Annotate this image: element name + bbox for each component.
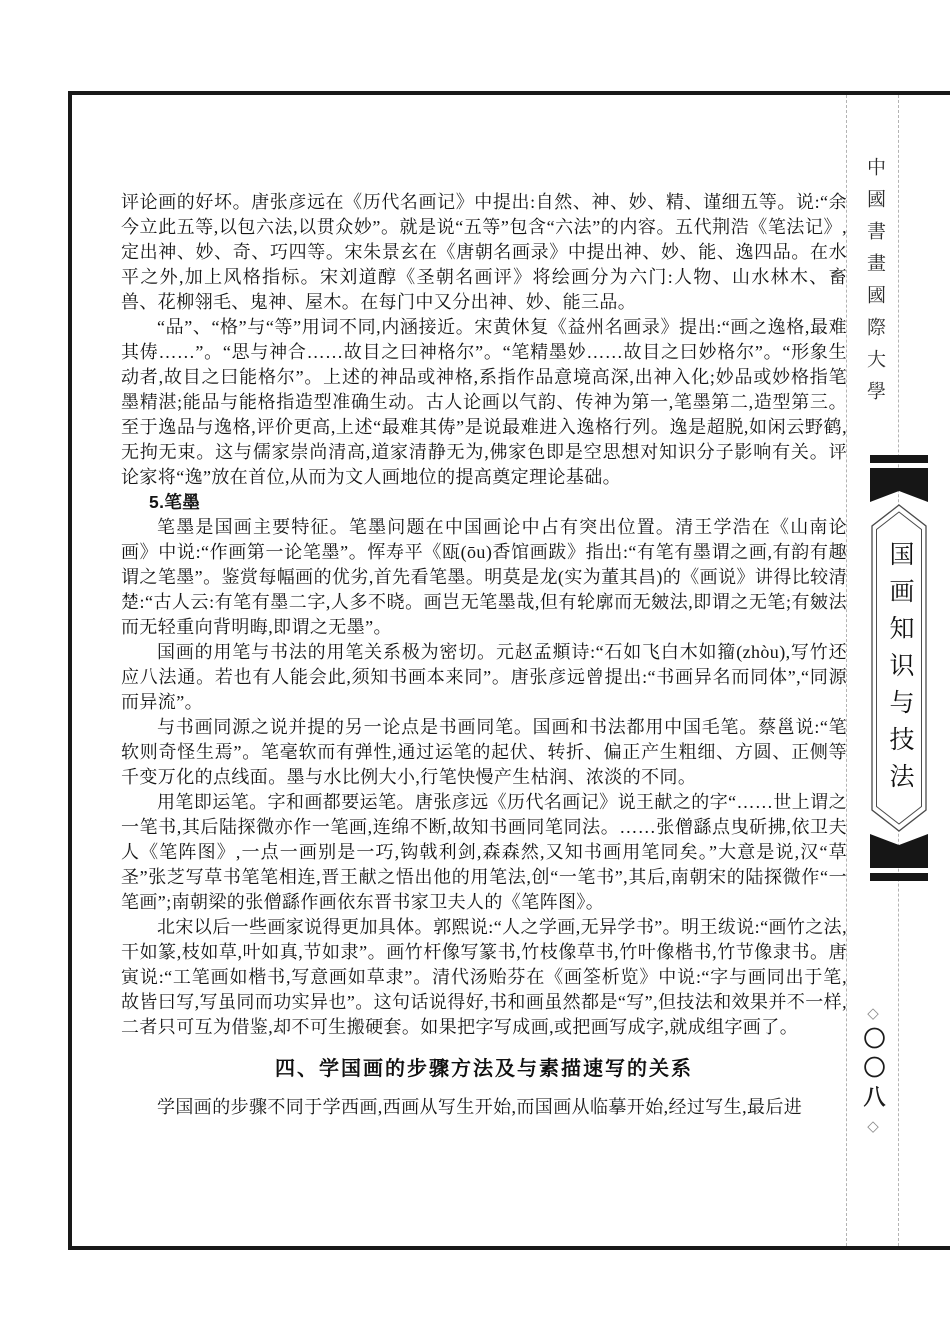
paragraph: 北宋以后一些画家说得更加具体。郭熙说:“人之学画,无异学书”。明王绂说:“画竹之…	[121, 915, 847, 1040]
banner-bottom-bar-icon	[870, 873, 928, 881]
paragraph-continuation: 评论画的好坏。唐张彦远在《历代名画记》中提出:自然、神、妙、精、谨细五等。说:“…	[121, 190, 847, 315]
banner-title: 国画知识与技法	[881, 541, 917, 800]
scanned-book-page: 评论画的好坏。唐张彦远在《历代名画记》中提出:自然、神、妙、精、谨细五等。说:“…	[0, 0, 950, 1344]
paragraph: “品”、“格”与“等”用词不同,内涵接近。宋黄休复《益州名画录》提出:“画之逸格…	[121, 315, 847, 490]
subheading-bimo: 5.笔墨	[121, 490, 847, 515]
banner-top-ribbon-icon	[870, 468, 928, 502]
paragraph: 国画的用笔与书法的用笔关系极为密切。元赵孟頫诗:“石如飞白木如籀(zhòu),写…	[121, 640, 847, 715]
paragraph: 用笔即运笔。字和画都要运笔。唐张彦远《历代名画记》说王献之的字“……世上谓之一笔…	[121, 790, 847, 915]
sidebar-university-name: 中國書畫國際大學	[861, 157, 888, 413]
folio-bottom-diamond-icon: ◇	[867, 1118, 879, 1136]
page-body-text: 评论画的好坏。唐张彦远在《历代名画记》中提出:自然、神、妙、精、谨细五等。说:“…	[121, 190, 847, 1120]
paragraph: 学国画的步骤不同于学西画,西画从写生开始,而国画从临摹开始,经过写生,最后进	[121, 1095, 847, 1120]
folio-page-number: 〇〇八	[856, 1027, 890, 1114]
banner-bottom-ribbon-icon	[870, 834, 928, 868]
banner-top-bar-icon	[870, 455, 928, 463]
folio-top-diamond-icon: ◇	[867, 1005, 879, 1023]
paragraph: 与书画同源之说并提的另一论点是书画同笔。国画和书法都用中国毛笔。蔡邕说:“笔软则…	[121, 715, 847, 790]
sidebar-title-banner: 国画知识与技法	[869, 455, 929, 881]
paragraph: 笔墨是国画主要特征。笔墨问题在中国画论中占有突出位置。清王学浩在《山南论画》中说…	[121, 515, 847, 640]
section-heading: 四、学国画的步骤方法及与素描速写的关系	[121, 1056, 847, 1082]
folio-block: ◇ 〇〇八 ◇	[856, 1005, 890, 1136]
